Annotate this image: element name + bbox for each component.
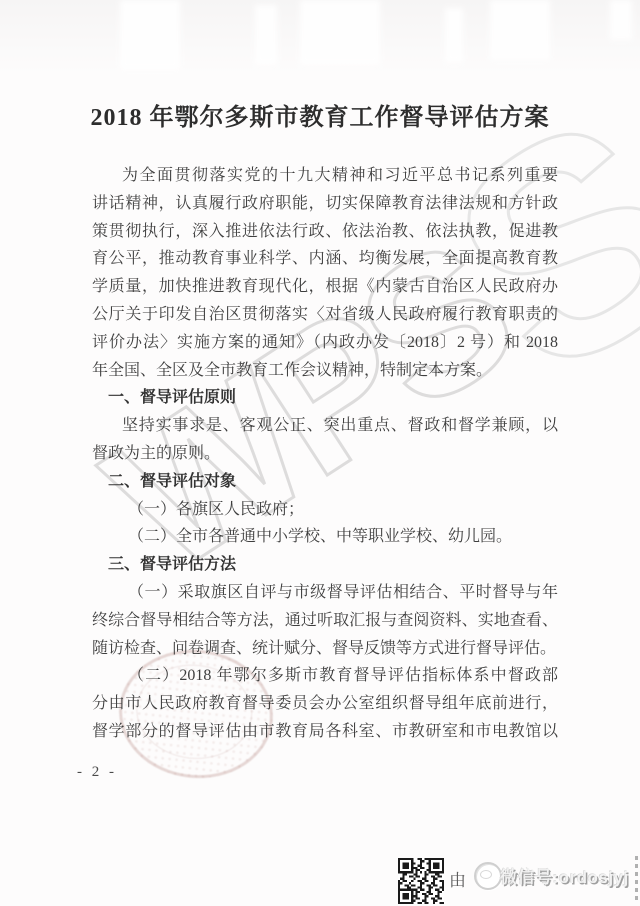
scanned-document-page: WPS S 2018 年鄂尔多斯市教育工作督导评估方案 为全面贯彻落实党的十九大… bbox=[0, 0, 640, 906]
page-number: - 2 - bbox=[77, 764, 117, 781]
document-body: 为全面贯彻落实党的十九大精神和习近平总书记系列重要讲话精神，认真履行政府职能，切… bbox=[92, 162, 558, 746]
body-text-line: 公厅关于印发自治区贯彻落实〈对省级人民政府履行教育职责的 bbox=[92, 301, 558, 329]
body-text-line: 评价办法〉实施方案的通知》（内政办发〔2018〕2 号）和 2018 bbox=[92, 329, 558, 357]
wechat-id-label: 微信号:ordosjyj bbox=[500, 863, 629, 888]
body-text-line: 策贯彻执行，深入推进依法行政、依法治教、依法执教，促进教 bbox=[92, 218, 558, 246]
body-text-line: （一）各旗区人民政府； bbox=[92, 496, 558, 524]
credit-by-label: 由 bbox=[449, 866, 466, 891]
section-heading-line: 一、督导评估原则 bbox=[92, 384, 558, 412]
body-text-line: 为全面贯彻落实党的十九大精神和习近平总书记系列重要 bbox=[92, 162, 558, 190]
bleedthrough-ghost bbox=[255, 5, 277, 65]
body-text-line: 年全国、全区及全市教育工作会议精神，特制定本方案。 bbox=[92, 357, 558, 385]
body-text-line: 终综合督导相结合等方法，通过听取汇报与查阅资料、实地查看、 bbox=[92, 607, 558, 635]
body-text-line: （二）2018 年鄂尔多斯市教育督导评估指标体系中督政部 bbox=[92, 662, 558, 690]
body-text-line: 学质量，加快推进教育现代化，根据《内蒙古自治区人民政府办 bbox=[92, 273, 558, 301]
body-text-line: 随访检查、问卷调查、统计赋分、督导反馈等方式进行督导评估。 bbox=[92, 635, 558, 663]
body-text-line: 育公平，推动教育事业科学、内涵、均衡发展，全面提高教育教 bbox=[92, 245, 558, 273]
bleedthrough-ghost bbox=[610, 0, 632, 40]
body-text-line: 讲话精神，认真履行政府职能，切实保障教育法律法规和方针政 bbox=[92, 190, 558, 218]
body-text-line: 督政为主的原则。 bbox=[92, 440, 558, 468]
section-heading-line: 二、督导评估对象 bbox=[92, 468, 558, 496]
bleedthrough-ghost bbox=[445, 8, 463, 63]
bleedthrough-ghost bbox=[300, 0, 380, 65]
body-text-line: 督学部分的督导评估由市教育局各科室、市教研室和市电教馆以 bbox=[92, 718, 558, 746]
footer-credit-bar: 由 微信号:ordosjyj bbox=[0, 852, 640, 906]
publisher-logo-icon bbox=[474, 862, 502, 890]
body-text-line: 坚持实事求是、客观公正、突出重点、督政和督学兼顾，以 bbox=[92, 412, 558, 440]
document-title: 2018 年鄂尔多斯市教育工作督导评估方案 bbox=[0, 97, 640, 132]
section-heading-line: 三、督导评估方法 bbox=[92, 551, 558, 579]
qr-code-icon bbox=[398, 858, 444, 904]
bleedthrough-ghost bbox=[490, 0, 550, 60]
body-text-line: （一）采取旗区自评与市级督导评估相结合、平时督导与年 bbox=[92, 579, 558, 607]
bleedthrough-ghost bbox=[120, 0, 180, 70]
body-text-line: 分由市人民政府教育督导委员会办公室组织督导组年底前进行， bbox=[92, 690, 558, 718]
scan-edge-artifact bbox=[635, 856, 638, 902]
body-text-line: （二）全市各普通中小学校、中等职业学校、幼儿园。 bbox=[92, 523, 558, 551]
